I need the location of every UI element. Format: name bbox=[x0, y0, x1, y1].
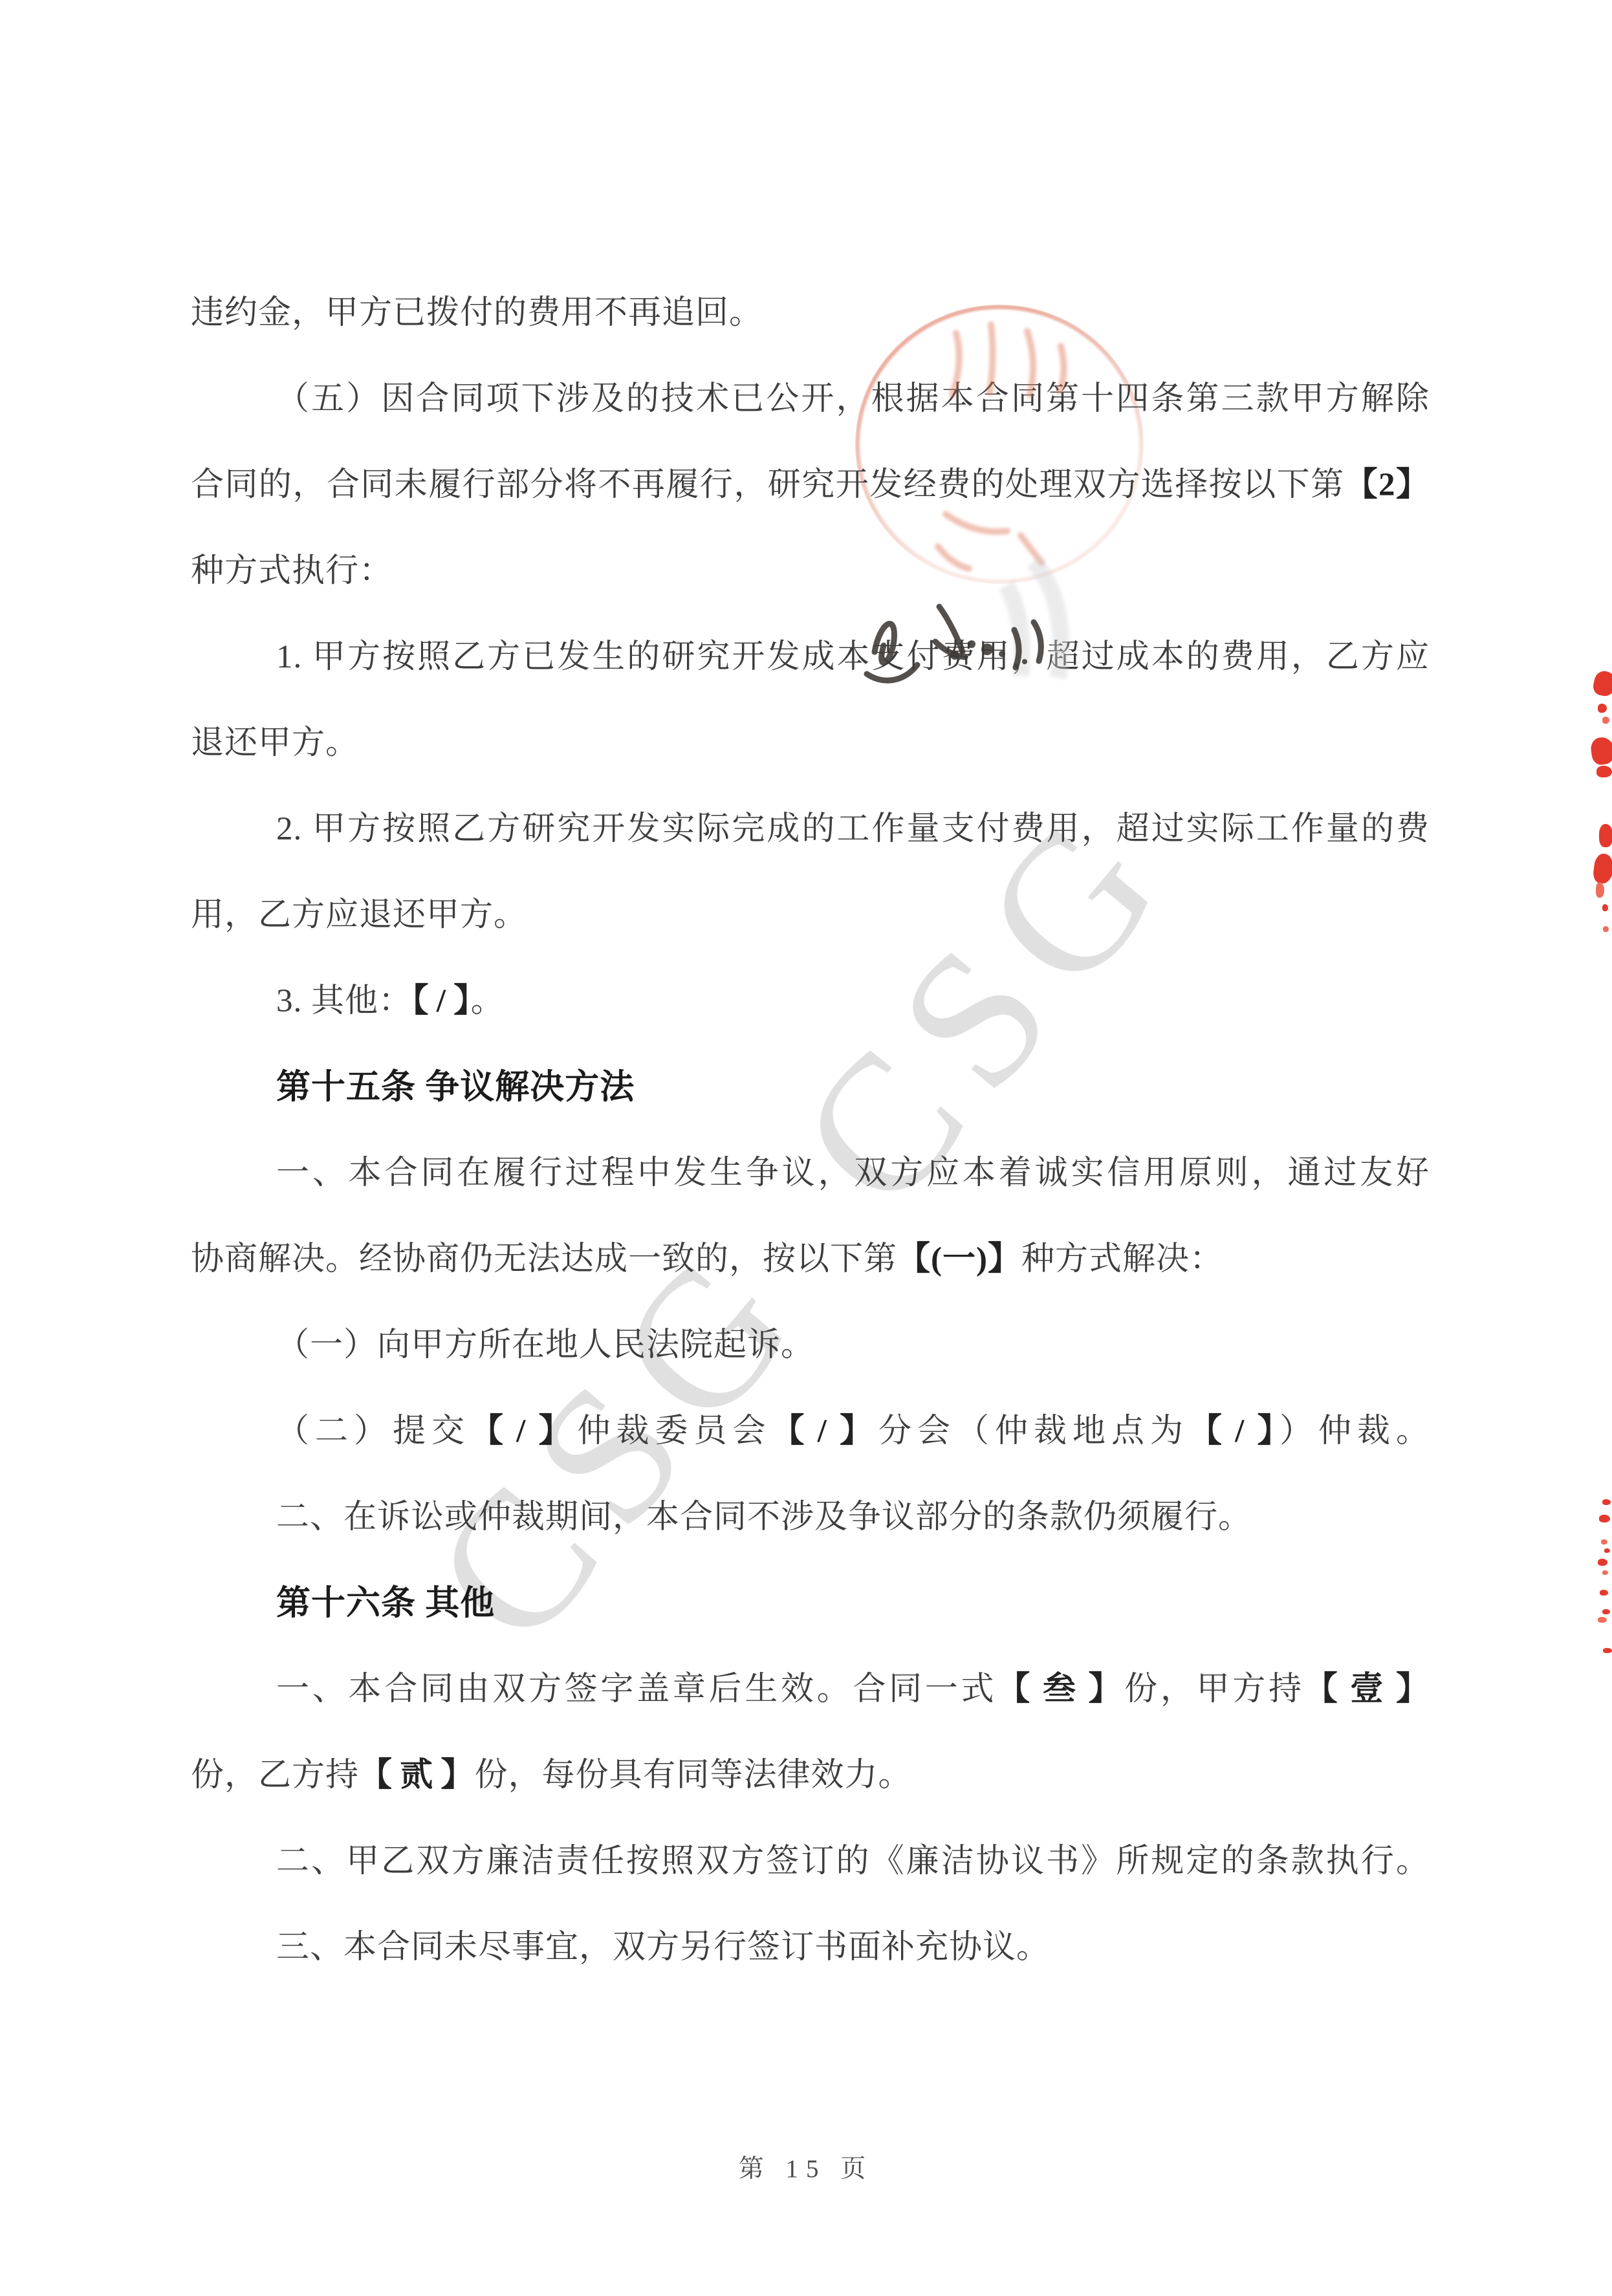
section-heading: 第十五条 争议解决方法 bbox=[276, 1065, 1430, 1109]
line-text: （二）提交 bbox=[276, 1413, 470, 1449]
red-ink-mark bbox=[1602, 904, 1608, 911]
body-line: 2. 甲方按照乙方研究开发实际完成的工作量支付费用，超过实际工作量的费 bbox=[276, 807, 1430, 851]
red-ink-dot bbox=[1602, 1570, 1608, 1575]
body-line: 违约金，甲方已拨付的费用不再追回。 bbox=[191, 291, 1430, 335]
line-text: 第十六条 其他 bbox=[276, 1585, 495, 1622]
body-line: 三、本合同未尽事宜，双方另行签订书面补充协议。 bbox=[276, 1925, 1430, 1969]
section-heading: 第十六条 其他 bbox=[276, 1581, 1430, 1625]
filled-blank-text: 【 / 】 bbox=[771, 1413, 878, 1449]
body-line: 份，乙方持【 贰 】份，每份具有同等法律效力。 bbox=[191, 1753, 1430, 1797]
line-text: （一）向甲方所在地人民法院起诉。 bbox=[276, 1327, 814, 1363]
body-line: 用，乙方应退还甲方。 bbox=[191, 893, 1430, 937]
line-text: 一、本合同由双方签字盖章后生效。合同一式 bbox=[276, 1671, 997, 1707]
filled-blank-text: 【 壹 】 bbox=[1305, 1671, 1430, 1707]
line-text: 合同的，合同未履行部分将不再履行，研究开发经费的处理双方选择按以下第 bbox=[191, 467, 1345, 503]
filled-blank-text: 【 / 】 bbox=[470, 1413, 578, 1449]
line-text: 二、在诉讼或仲裁期间，本合同不涉及争议部分的条款仍须履行。 bbox=[276, 1499, 1252, 1535]
body-line: 合同的，合同未履行部分将不再履行，研究开发经费的处理双方选择按以下第【2】 bbox=[191, 463, 1430, 507]
red-ink-dot bbox=[1598, 1617, 1607, 1623]
line-text: 仲裁委员会 bbox=[578, 1413, 772, 1449]
filled-blank-text: 【 贰 】 bbox=[359, 1757, 474, 1793]
body-line: 种方式执行： bbox=[191, 549, 1430, 593]
line-text: 种方式解决： bbox=[1021, 1241, 1223, 1277]
line-text: 二、甲乙双方廉洁责任按照双方签订的《廉洁协议书》所规定的条款执行。 bbox=[276, 1843, 1430, 1879]
line-text: 退还甲方。 bbox=[191, 725, 359, 761]
body-line: 一、本合同在履行过程中发生争议，双方应本着诚实信用原则，通过友好 bbox=[276, 1151, 1430, 1195]
red-ink-dot bbox=[1598, 1559, 1607, 1566]
red-ink-dot bbox=[1602, 1609, 1610, 1614]
line-text: 违约金，甲方已拨付的费用不再追回。 bbox=[191, 295, 763, 331]
red-ink-dot bbox=[1601, 1539, 1607, 1544]
line-text: 协商解决。经协商仍无法达成一致的，按以下第 bbox=[191, 1241, 897, 1277]
line-text: 。 bbox=[471, 983, 505, 1019]
body-line: 二、在诉讼或仲裁期间，本合同不涉及争议部分的条款仍须履行。 bbox=[276, 1495, 1430, 1539]
line-text: 1. 甲方按照乙方已发生的研究开发成本支付费用，超过成本的费用，乙方应 bbox=[276, 639, 1430, 675]
document-lines: 违约金，甲方已拨付的费用不再追回。（五）因合同项下涉及的技术已公开，根据本合同第… bbox=[0, 0, 1612, 2296]
filled-blank-text: 【 叁 】 bbox=[997, 1671, 1124, 1707]
red-ink-dot bbox=[1599, 1515, 1610, 1522]
page-number-footer: 第 15 页 bbox=[0, 2149, 1612, 2185]
red-ink-mark bbox=[1602, 717, 1609, 724]
filled-blank-text: 【(一)】 bbox=[897, 1241, 1021, 1277]
line-text: 份，每份具有同等法律效力。 bbox=[474, 1757, 911, 1793]
body-line: 一、本合同由双方签字盖章后生效。合同一式【 叁 】份，甲方持【 壹 】 bbox=[276, 1667, 1430, 1711]
line-text: （五）因合同项下涉及的技术已公开，根据本合同第十四条第三款甲方解除 bbox=[276, 381, 1430, 417]
line-text: 分会（仲裁地点为 bbox=[878, 1413, 1189, 1449]
red-ink-mark bbox=[1603, 926, 1609, 932]
line-text: 2. 甲方按照乙方研究开发实际完成的工作量支付费用，超过实际工作量的费 bbox=[276, 811, 1430, 847]
body-line: 二、甲乙双方廉洁责任按照双方签订的《廉洁协议书》所规定的条款执行。 bbox=[276, 1839, 1430, 1883]
line-text: ）仲裁。 bbox=[1280, 1413, 1430, 1449]
body-line: （一）向甲方所在地人民法院起诉。 bbox=[276, 1323, 1430, 1367]
line-text: 第十五条 争议解决方法 bbox=[276, 1068, 635, 1106]
body-line: （五）因合同项下涉及的技术已公开，根据本合同第十四条第三款甲方解除 bbox=[276, 377, 1430, 421]
red-ink-dot bbox=[1604, 1548, 1610, 1553]
line-text: 用，乙方应退还甲方。 bbox=[191, 897, 527, 933]
red-ink-mark bbox=[1596, 766, 1612, 777]
body-line: 1. 甲方按照乙方已发生的研究开发成本支付费用，超过成本的费用，乙方应 bbox=[276, 635, 1430, 679]
red-ink-mark bbox=[1596, 882, 1604, 898]
scanned-contract-page: { "page": { "width": 2492, "height": 355… bbox=[0, 0, 1612, 2296]
line-text: 3. 其他： bbox=[276, 983, 412, 1019]
red-ink-dot bbox=[1603, 1648, 1612, 1653]
line-text: 种方式执行： bbox=[191, 553, 393, 589]
line-text: 三、本合同未尽事宜，双方另行签订书面补充协议。 bbox=[276, 1929, 1050, 1966]
red-ink-dot bbox=[1600, 1590, 1608, 1596]
line-text: 份，乙方持 bbox=[191, 1757, 359, 1793]
body-line: （二）提交【 / 】仲裁委员会【 / 】分会（仲裁地点为【 / 】）仲裁。 bbox=[276, 1409, 1430, 1453]
filled-blank-text: 【2】 bbox=[1345, 467, 1430, 503]
body-line: 3. 其他：【 / 】。 bbox=[276, 979, 1430, 1023]
line-text: 份，甲方持 bbox=[1124, 1671, 1305, 1707]
body-line: 退还甲方。 bbox=[191, 721, 1430, 765]
red-ink-dot bbox=[1602, 1499, 1611, 1505]
red-ink-mark bbox=[1599, 824, 1612, 847]
filled-blank-text: 【 / 】 bbox=[412, 983, 471, 1019]
body-line: 协商解决。经协商仍无法达成一致的，按以下第【(一)】种方式解决： bbox=[191, 1237, 1430, 1281]
line-text: 一、本合同在履行过程中发生争议，双方应本着诚实信用原则，通过友好 bbox=[276, 1155, 1430, 1191]
filled-blank-text: 【 / 】 bbox=[1189, 1413, 1280, 1449]
red-ink-mark bbox=[1598, 704, 1607, 713]
